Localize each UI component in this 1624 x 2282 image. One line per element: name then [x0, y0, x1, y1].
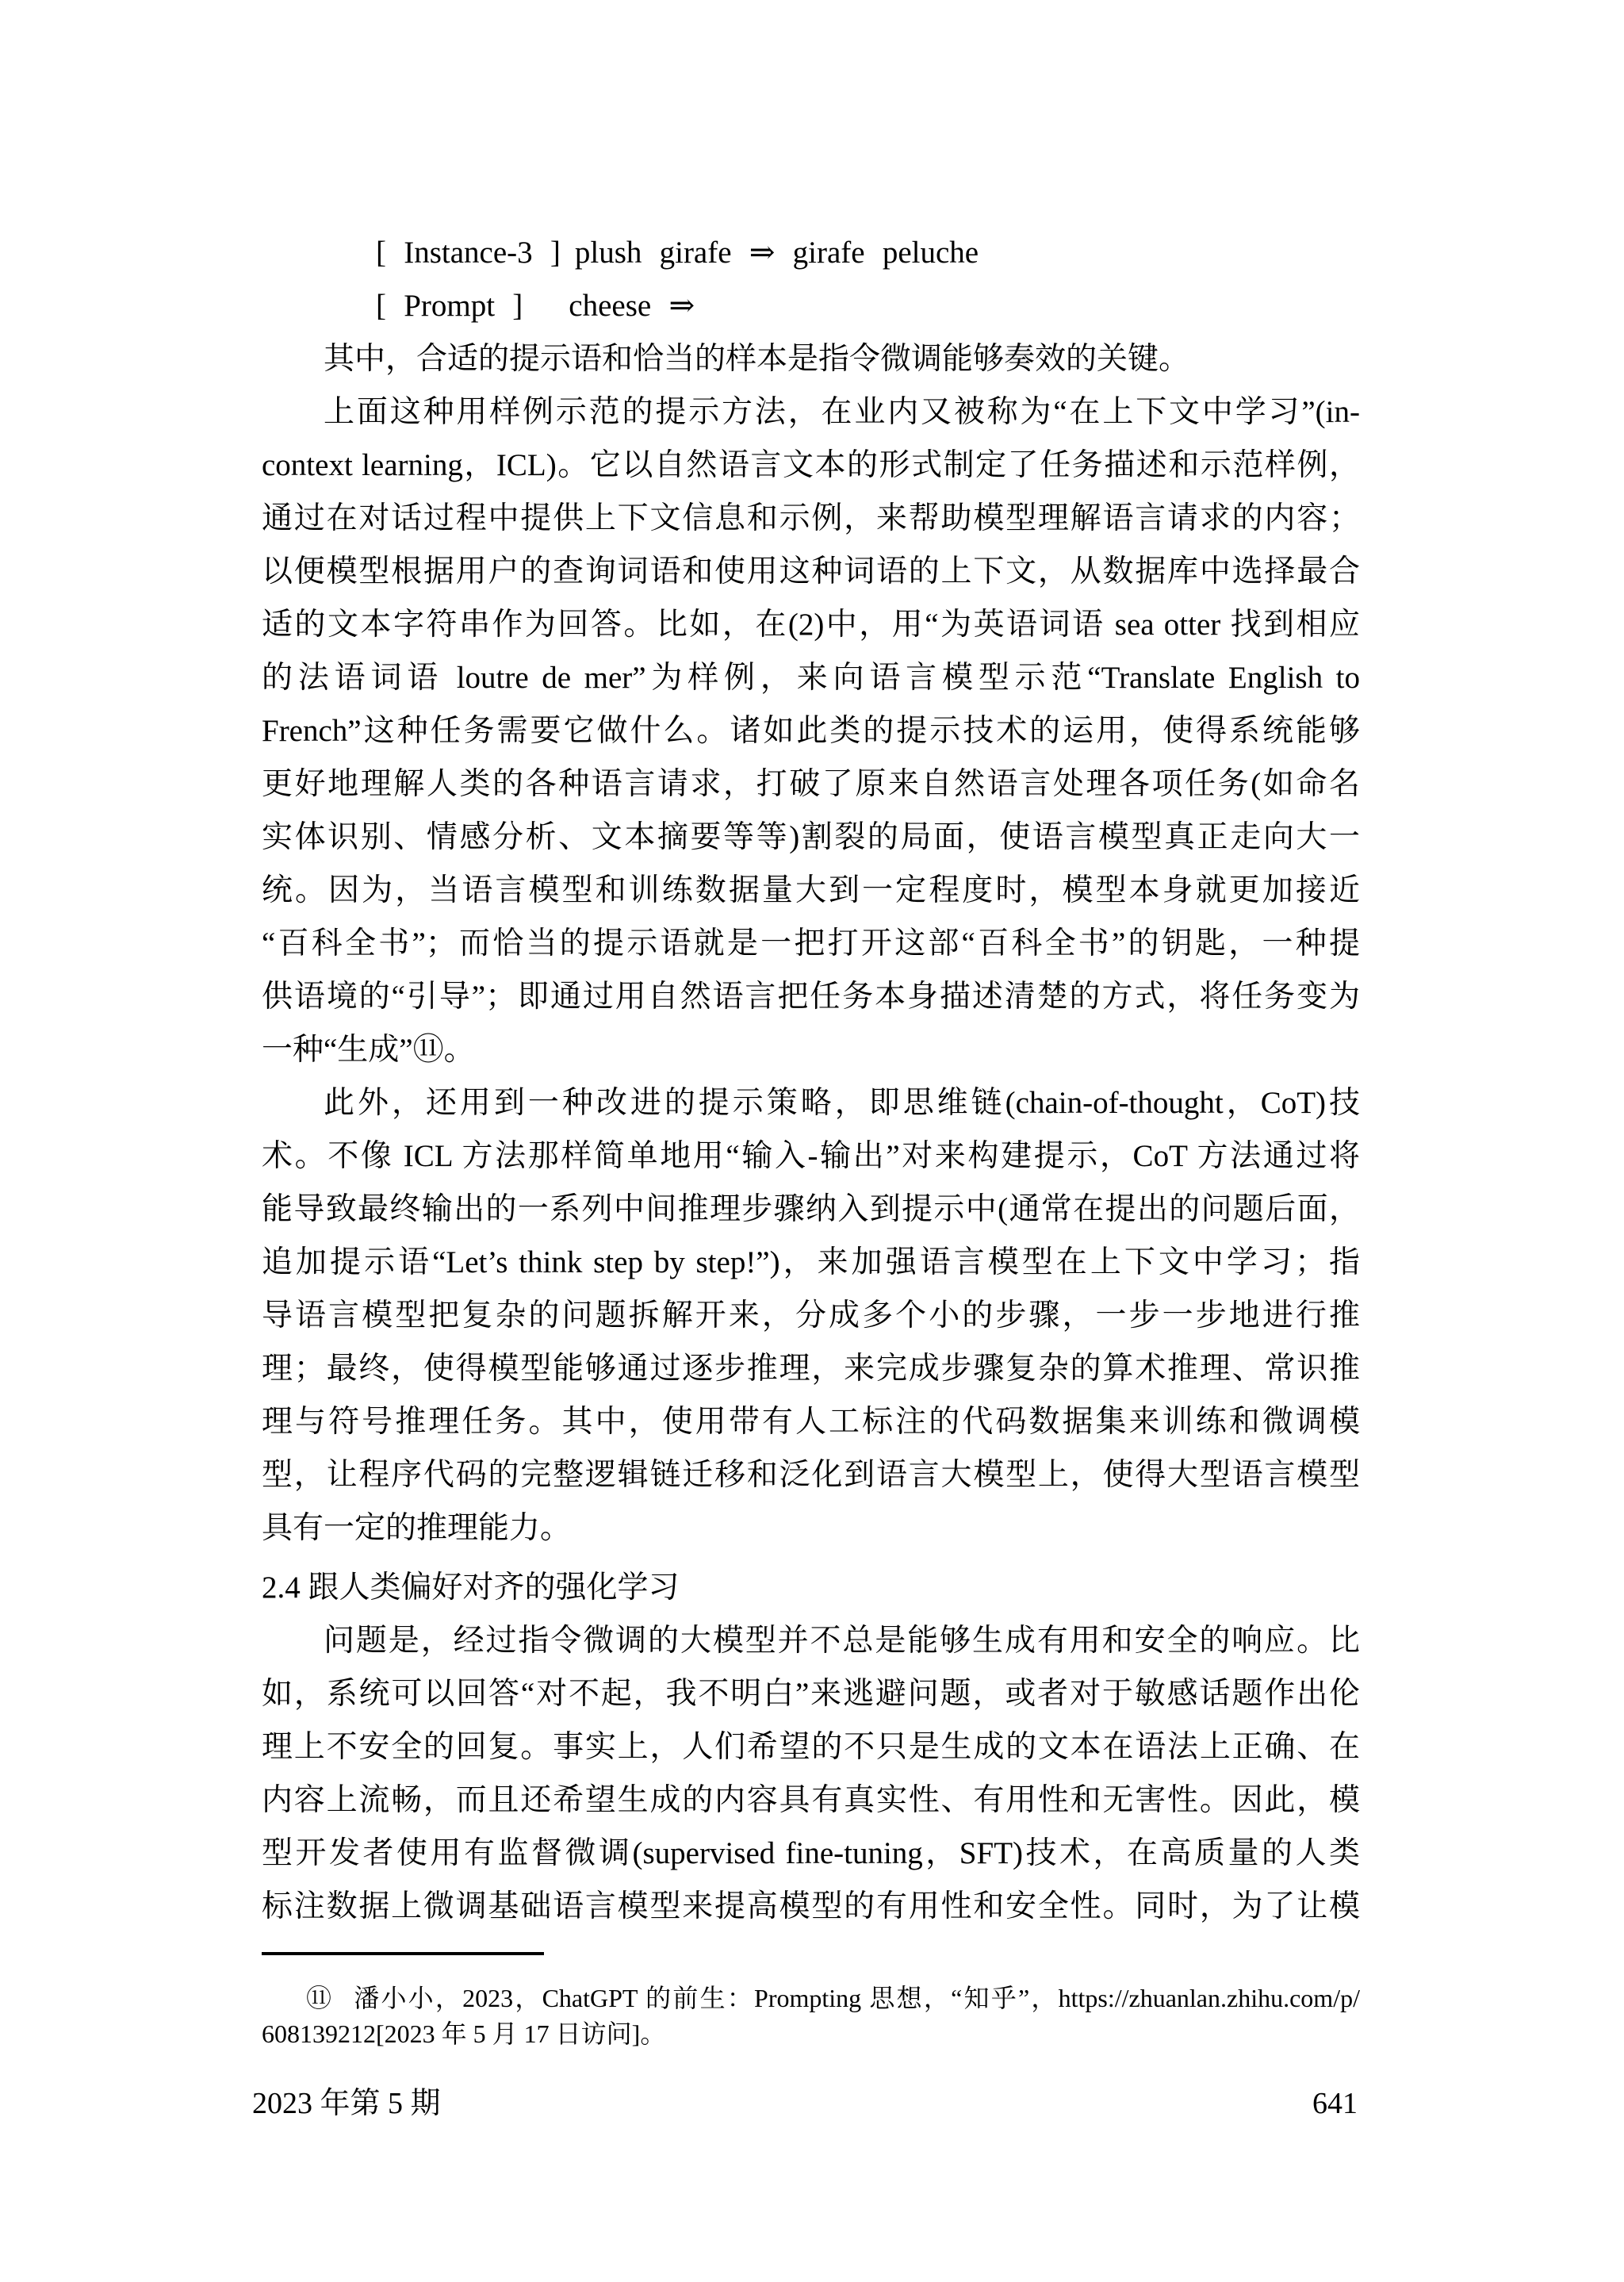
text-line: 具有一定的推理能力。 [262, 1502, 1360, 1555]
text-line: 上面这种用样例示范的提示方法，在业内又被称为“在上下文中学习”(in- [262, 385, 1360, 439]
example-line-prompt: [ Prompt ]cheese ⇒ [262, 279, 1360, 332]
text-line: 型，让程序代码的完整逻辑链迁移和泛化到语言大模型上，使得大型语言模型 [262, 1448, 1360, 1502]
text-line: 标注数据上微调基础语言模型来提高模型的有用性和安全性。同时，为了让模 [262, 1880, 1360, 1933]
example-line-instance3: [ Instance-3 ]plush girafe ⇒ girafe pelu… [262, 226, 1360, 279]
text-line: 统。因为，当语言模型和训练数据量大到一定程度时，模型本身就更加接近 [262, 864, 1360, 917]
paper-page: [ Instance-3 ]plush girafe ⇒ girafe pelu… [0, 0, 1624, 2282]
footnote-line: ⑪潘小小，2023，ChatGPT 的前生：Prompting 思想，“知乎”，… [262, 1981, 1360, 2016]
text-line: 理与符号推理任务。其中，使用带有人工标注的代码数据集来训练和微调模 [262, 1395, 1360, 1448]
text-line: 问题是，经过指令微调的大模型并不总是能够生成有用和安全的响应。比 [262, 1614, 1360, 1667]
text-line: 能导致最终输出的一系列中间推理步骤纳入到提示中(通常在提出的问题后面， [262, 1183, 1360, 1236]
example-text: cheese ⇒ [569, 289, 695, 323]
footnote-marker: ⑪ [306, 1984, 333, 2012]
text-line: 的法语词语 loutre de mer”为样例，来向语言模型示范“Transla… [262, 651, 1360, 704]
text-line: 术。不像 ICL 方法那样简单地用“输入-输出”对来构建提示，CoT 方法通过将 [262, 1129, 1360, 1183]
text-line: 理上不安全的回复。事实上，人们希望的不只是生成的文本在语法上正确、在 [262, 1720, 1360, 1774]
text-line: context learning，ICL)。它以自然语言文本的形式制定了任务描述… [262, 439, 1360, 492]
text-line: 实体识别、情感分析、文本摘要等等)割裂的局面，使语言模型真正走向大一 [262, 811, 1360, 864]
text-line: 追加提示语“Let’s think step by step!”)，来加强语言模… [262, 1236, 1360, 1289]
text-line: 型开发者使用有监督微调(supervised fine-tuning，SFT)技… [262, 1827, 1360, 1880]
page-number: 641 [1312, 2084, 1358, 2123]
text-line: 通过在对话过程中提供上下文信息和示例，来帮助模型理解语言请求的内容； [262, 492, 1360, 545]
text-line: 如，系统可以回答“对不起，我不明白”来逃避问题，或者对于敏感话题作出伦 [262, 1667, 1360, 1720]
text-line: 适的文本字符串作为回答。比如，在(2)中，用“为英语词语 sea otter 找… [262, 598, 1360, 651]
example-text: plush girafe ⇒ girafe peluche [575, 236, 979, 270]
footnote-text: 潘小小，2023，ChatGPT 的前生：Prompting 思想，“知乎”，h… [354, 1984, 1360, 2012]
text-line: 导语言模型把复杂的问题拆解开来，分成多个小的步骤，一步一步地进行推 [262, 1289, 1360, 1342]
text-line: 理；最终，使得模型能够通过逐步推理，来完成步骤复杂的算术推理、常识推 [262, 1342, 1360, 1395]
text-line: 内容上流畅，而且还希望生成的内容具有真实性、有用性和无害性。因此，模 [262, 1774, 1360, 1827]
text-line: 其中，合适的提示语和恰当的样本是指令微调能够奏效的关键。 [262, 332, 1360, 385]
footnote-line: 608139212[2023 年 5 月 17 日访问]。 [262, 2016, 1360, 2052]
text-line: French”这种任务需要它做什么。诸如此类的提示技术的运用，使得系统能够 [262, 704, 1360, 757]
text-line: 一种“生成”⑪。 [262, 1023, 1360, 1076]
text-line: 此外，还用到一种改进的提示策略，即思维链(chain-of-thought，Co… [262, 1076, 1360, 1129]
section-heading: 2.4 跟人类偏好对齐的强化学习 [262, 1561, 1360, 1614]
example-label: [ Prompt ] [376, 289, 523, 323]
text-line: “百科全书”；而恰当的提示语就是一把打开这部“百科全书”的钥匙，一种提 [262, 917, 1360, 970]
text-line: 以便模型根据用户的查询词语和使用这种词语的上下文，从数据库中选择最合 [262, 545, 1360, 598]
example-label: [ Instance-3 ] [376, 236, 561, 270]
footnote: ⑪潘小小，2023，ChatGPT 的前生：Prompting 思想，“知乎”，… [262, 1981, 1360, 2052]
text-line: 供语境的“引导”；即通过用自然语言把任务本身描述清楚的方式，将任务变为 [262, 970, 1360, 1023]
page-footer: 2023 年第 5 期 641 [252, 2084, 1358, 2123]
journal-issue: 2023 年第 5 期 [252, 2084, 441, 2123]
footnote-separator [262, 1952, 544, 1955]
text-line: 更好地理解人类的各种语言请求，打破了原来自然语言处理各项任务(如命名 [262, 757, 1360, 811]
